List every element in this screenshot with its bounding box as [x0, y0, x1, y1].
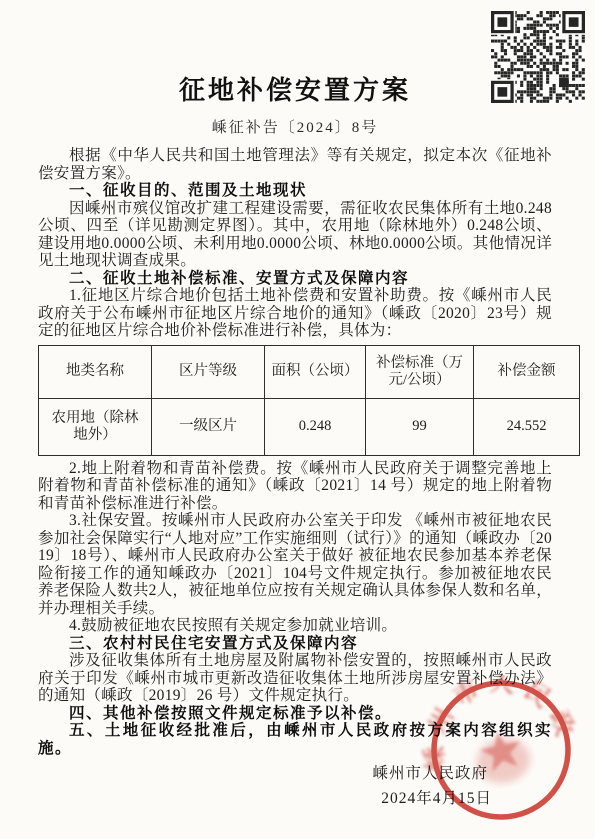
section-3-body: 涉及征收集体所有土地房屋及附属物补偿安置的，按照嵊州市人民政府关于印发《嵊州市城… — [38, 652, 552, 705]
header-land-type: 地类名称 — [39, 345, 152, 398]
document-page: 征地补偿安置方案 嵊征补告〔2024〕8号 根据《中华人民共和国土地管理法》等有… — [0, 0, 595, 839]
section-2-item-3: 3.社保安置。按嵊州市人民政府办公室关于印发 《嵊州市被征地农民参加社会保障实行… — [38, 512, 552, 617]
header-zone-grade: 区片等级 — [152, 345, 265, 398]
section-2-item-1: 1.征地区片综合地价包括土地补偿费和安置补助费。按《嵊州市人民政府关于公布嵊州市… — [38, 287, 552, 340]
cell-zone-grade: 一级区片 — [152, 398, 265, 455]
header-amount: 补偿金额 — [474, 345, 580, 398]
compensation-table: 地类名称 区片等级 面积（公顷） 补偿标准（万元/公顷） 补偿金额 农用地（除林… — [38, 345, 580, 456]
section-2-item-2: 2.地上附着物和青苗补偿费。按《嵊州市人民政府关于调整完善地上附着物和青苗补偿标… — [38, 460, 552, 513]
section-5-line: 五、土地征收经批准后，由嵊州市人民政府按方案内容组织实施。 — [38, 722, 552, 757]
section-3-heading: 三、农村村民住宅安置方式及保障内容 — [38, 635, 552, 653]
section-1-body: 因嵊州市殡仪馆改扩建工程建设需要，需征收农民集体所有土地0.248公顷、四至（详… — [38, 200, 552, 270]
header-standard: 补偿标准（万元/公顷） — [366, 345, 474, 398]
section-2-heading: 二、征收土地补偿标准、安置方式及保障内容 — [38, 270, 552, 288]
document-content: 征地补偿安置方案 嵊征补告〔2024〕8号 根据《中华人民共和国土地管理法》等有… — [38, 0, 552, 808]
table-row: 农用地（除林地外） 一级区片 0.248 99 24.552 — [39, 398, 580, 455]
cell-standard: 99 — [366, 398, 474, 455]
doc-number: 嵊征补告〔2024〕8号 — [38, 116, 552, 137]
section-1-heading: 一、征收目的、范围及土地现状 — [38, 182, 552, 200]
table-header-row: 地类名称 区片等级 面积（公顷） 补偿标准（万元/公顷） 补偿金额 — [39, 345, 580, 398]
issue-date: 2024年4月15日 — [38, 790, 552, 808]
section-2-item-4: 4.鼓励被征地农民按照有关规定参加就业培训。 — [38, 617, 552, 635]
intro-paragraph: 根据《中华人民共和国土地管理法》等有关规定，拟定本次《征地补偿安置方案》。 — [38, 147, 552, 182]
issuer-signature: 嵊州市人民政府 — [38, 765, 552, 783]
cell-amount: 24.552 — [474, 398, 580, 455]
section-4-line: 四、其他补偿按照文件规定标准予以补偿。 — [38, 705, 552, 723]
header-area: 面积（公顷） — [265, 345, 366, 398]
cell-land-type: 农用地（除林地外） — [39, 398, 152, 455]
cell-area: 0.248 — [265, 398, 366, 455]
page-title: 征地补偿安置方案 — [38, 70, 552, 107]
